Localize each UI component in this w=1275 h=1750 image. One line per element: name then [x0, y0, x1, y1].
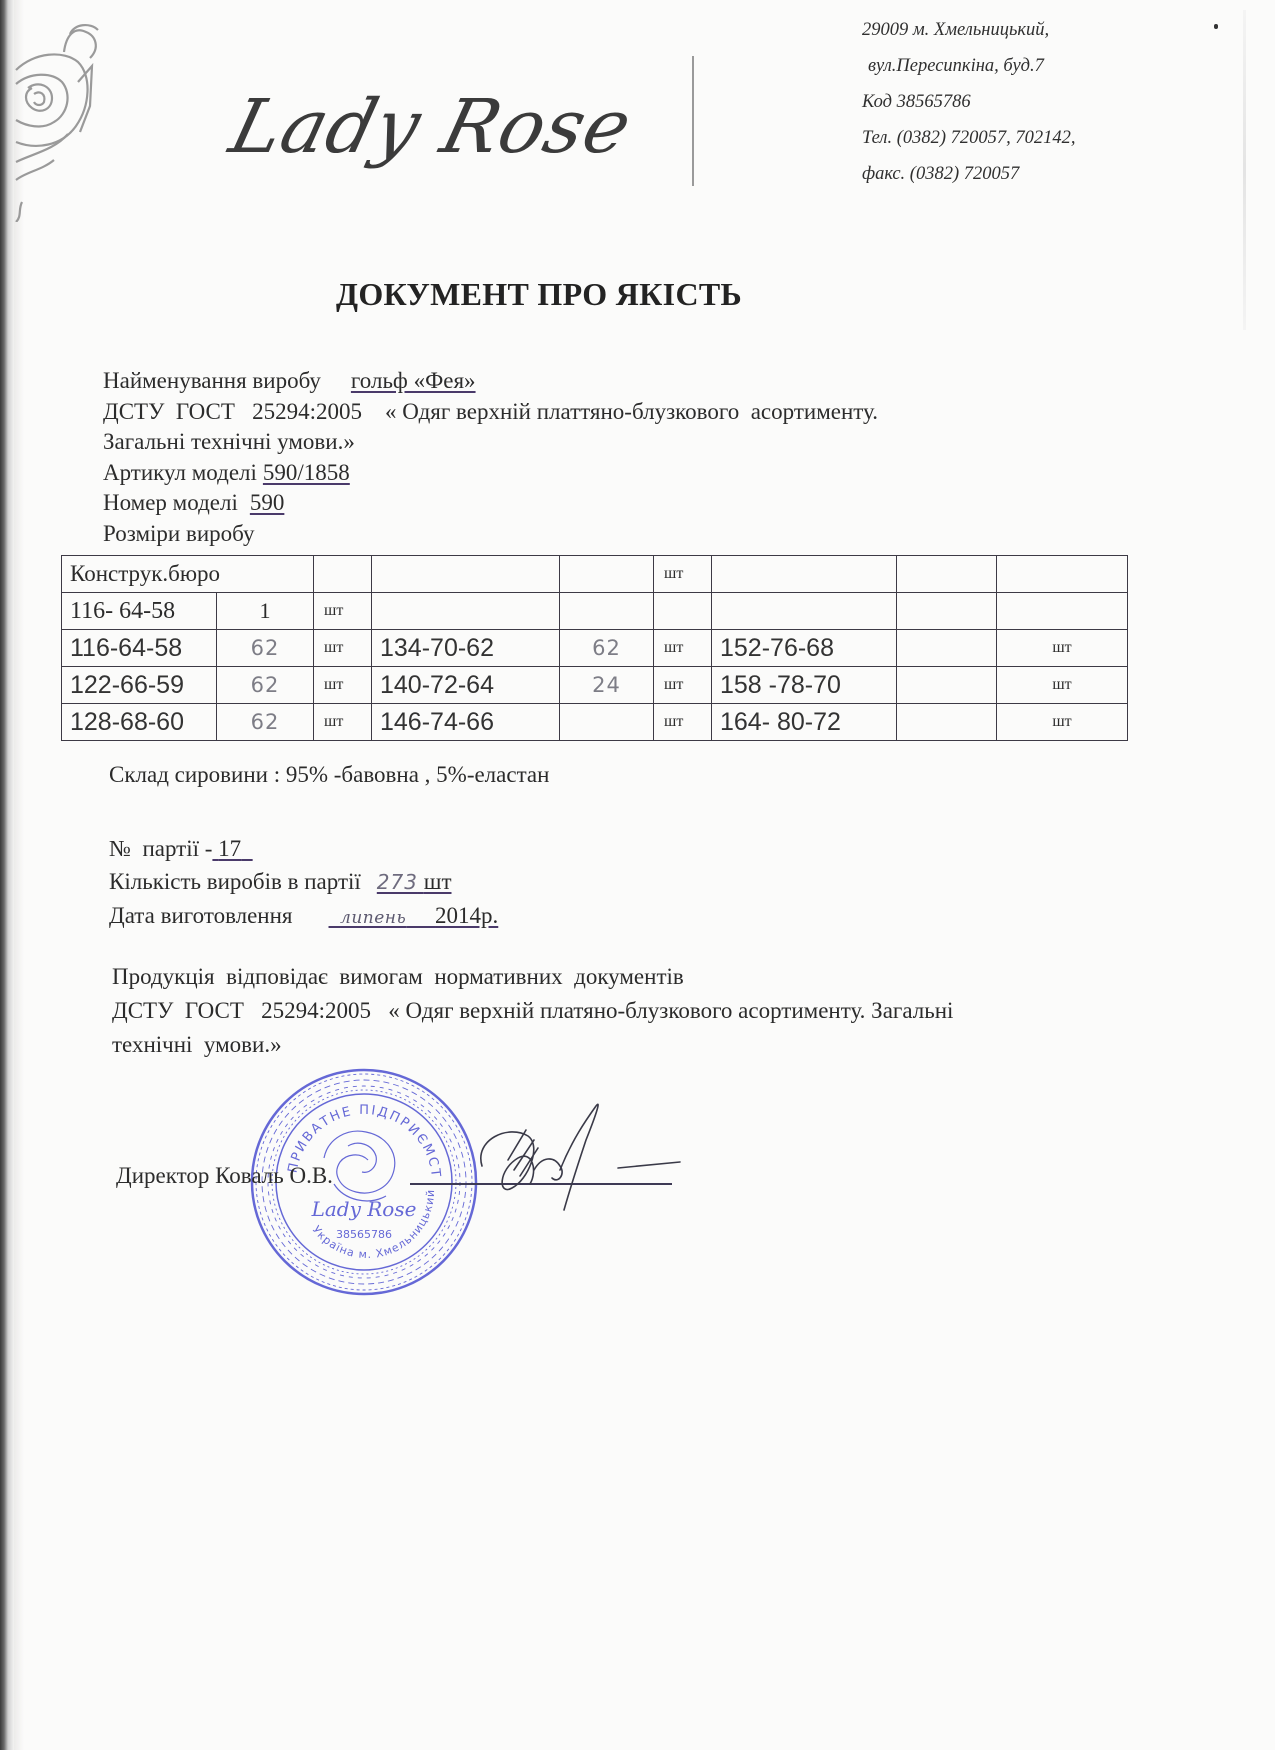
table-cell: [897, 667, 997, 704]
product-name-line: Найменування виробугольф «Фея»: [103, 366, 878, 397]
address-street: вул.Пересипкіна, буд.7: [862, 48, 1076, 84]
table-cell: 158 -78-70: [712, 667, 897, 704]
batch-quantity-unit: шт: [424, 869, 452, 894]
conformity-line-1: Продукція відповідає вимогам нормативних…: [112, 960, 953, 994]
table-cell: 140-72-64: [372, 667, 560, 704]
table-cell: [897, 556, 997, 593]
address-city: 29009 м. Хмельницький,: [862, 12, 1076, 48]
unit-cell: шт: [654, 630, 712, 667]
conformity-line-3: технічні умови.»: [112, 1028, 953, 1062]
table-row: 116- 64-581шт: [62, 593, 1128, 630]
table-cell: [654, 593, 712, 630]
scan-left-edge: [0, 0, 14, 1750]
batch-number-line: № партії - 17: [109, 832, 498, 865]
quantity-cell: 24: [560, 667, 654, 704]
sizes-table: Конструк.бюро шт 116- 64-581шт116-64-586…: [61, 555, 1128, 741]
phone-numbers: Тел. (0382) 720057, 702142,: [862, 120, 1076, 156]
brand-logo: Lady Rose: [222, 84, 640, 170]
conformity-line-2: ДСТУ ГОСТ 25294:2005 « Одяг верхній плат…: [112, 994, 953, 1028]
scan-edge-shadow: [14, 0, 24, 1750]
quantity-cell: 62: [217, 704, 314, 741]
article-label: Артикул моделі: [103, 460, 257, 485]
scan-speck: [1214, 24, 1218, 29]
table-cell: 116-64-58: [62, 630, 217, 667]
quantity-cell: 62: [217, 667, 314, 704]
table-cell: [712, 593, 897, 630]
company-contacts: 29009 м. Хмельницький, вул.Пересипкіна, …: [862, 12, 1076, 192]
conformity-statement: Продукція відповідає вимогам нормативних…: [112, 960, 953, 1062]
unit-cell: шт: [314, 593, 372, 630]
standard-line: ДСТУ ГОСТ 25294:2005 « Одяг верхній плат…: [103, 397, 878, 428]
scan-artifact: [1243, 10, 1246, 330]
manufacture-date-line: Дата виготовлення липень 2014р.: [109, 899, 498, 935]
unit-cell: шт: [654, 556, 712, 593]
manufacture-month: липень: [340, 908, 406, 928]
table-cell: 128-68-60: [62, 704, 217, 741]
table-cell: [560, 556, 654, 593]
table-cell: 152-76-68: [712, 630, 897, 667]
director-label: Директор Коваль О.В.: [116, 1163, 333, 1189]
standard-line-continued: Загальні технічні умови.»: [103, 427, 878, 458]
batch-details: № партії - 17 Кількість виробів в партії…: [109, 832, 498, 935]
stamp-code: 38565786: [336, 1228, 392, 1241]
model-number-label: Номер моделі: [103, 490, 238, 515]
table-cell: [712, 556, 897, 593]
table-row: 128-68-6062шт146-74-66шт164- 80-72шт: [62, 704, 1128, 741]
table-cell: [372, 556, 560, 593]
table-cell: 116- 64-58: [62, 593, 217, 630]
batch-number-label: № партії -: [109, 836, 212, 861]
table-cell: [897, 630, 997, 667]
product-name-label: Найменування виробу: [103, 368, 321, 393]
unit-cell: шт: [314, 704, 372, 741]
material-composition: Склад сировини : 95% -бавовна , 5%-еласт…: [109, 762, 549, 788]
table-cell: 146-74-66: [372, 704, 560, 741]
manufacture-date-value: липень 2014р.: [329, 903, 499, 928]
sizes-label: Розміри виробу: [103, 519, 878, 550]
unit-cell: шт: [654, 667, 712, 704]
table-cell: 134-70-62: [372, 630, 560, 667]
table-cell: [897, 704, 997, 741]
table-cell: [560, 704, 654, 741]
quantity-cell: 62: [560, 630, 654, 667]
header-divider: [692, 56, 694, 186]
table-header-row: Конструк.бюро шт: [62, 556, 1128, 593]
article-line: Артикул моделі590/1858: [103, 458, 878, 489]
batch-number: 17: [218, 836, 241, 861]
unit-cell: шт: [654, 704, 712, 741]
table-cell: [372, 593, 560, 630]
table-row: 122-66-5962шт140-72-6424шт158 -78-70шт: [62, 667, 1128, 704]
unit-cell: шт: [997, 630, 1128, 667]
table-cell: [997, 593, 1128, 630]
quantity-cell: 62: [217, 630, 314, 667]
batch-quantity-label: Кількість виробів в партії: [109, 869, 361, 894]
table-row: 116-64-5862шт134-70-6262шт152-76-68шт: [62, 630, 1128, 667]
table-cell: [560, 593, 654, 630]
unit-cell: шт: [997, 667, 1128, 704]
fax-number: факс. (0382) 720057: [862, 156, 1076, 192]
table-cell: [997, 556, 1128, 593]
manufacture-date-label: Дата виготовлення: [109, 903, 293, 928]
unit-cell: шт: [314, 630, 372, 667]
unit-cell: шт: [997, 704, 1128, 741]
unit-cell: шт: [314, 667, 372, 704]
table-cell: 164- 80-72: [712, 704, 897, 741]
batch-number-value: 17: [212, 836, 252, 861]
model-number-line: Номер моделі590: [103, 488, 878, 519]
batch-quantity-value: 273 шт: [377, 869, 452, 894]
table-cell: [897, 593, 997, 630]
article-value: 590/1858: [257, 460, 350, 485]
batch-quantity: 273: [377, 870, 418, 894]
model-number-value: 590: [250, 490, 285, 515]
batch-quantity-line: Кількість виробів в партії273 шт: [109, 865, 498, 899]
product-details: Найменування виробугольф «Фея» ДСТУ ГОСТ…: [103, 366, 878, 549]
table-cell: [314, 556, 372, 593]
rose-icon: [14, 22, 104, 222]
stamp-center-text: Lady Rose: [311, 1197, 417, 1221]
product-name-value: гольф «Фея»: [351, 368, 476, 393]
company-code: Код 38565786: [862, 84, 1076, 120]
table-cell: 122-66-59: [62, 667, 217, 704]
signature-icon: [468, 1100, 688, 1220]
table-cell: 1: [217, 593, 314, 630]
header-label: Конструк.бюро: [62, 556, 314, 593]
document-title: ДОКУМЕНТ ПРО ЯКІСТЬ: [336, 276, 742, 313]
manufacture-year: 2014р.: [435, 903, 498, 928]
article-number: 590/1858: [263, 460, 350, 485]
